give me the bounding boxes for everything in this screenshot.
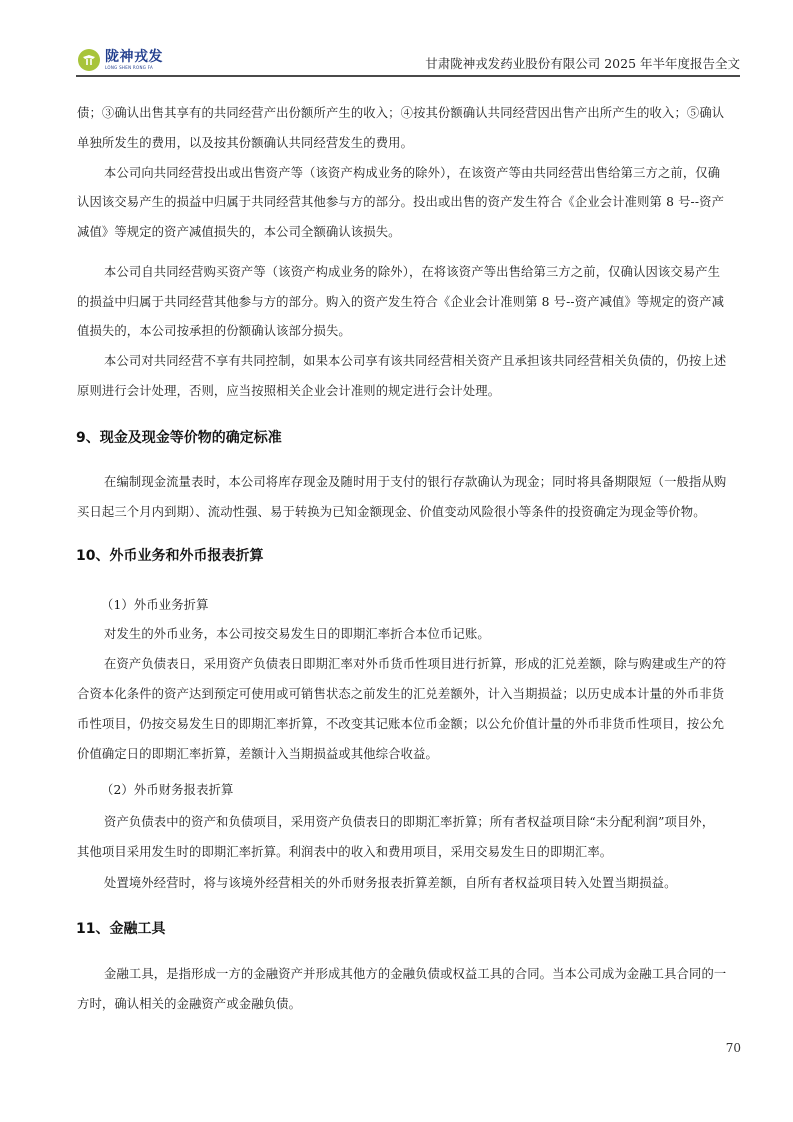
paragraph-line: 价值确定日的即期汇率折算，差额计入当期损益或其他综合收益。 [77,746,741,762]
paragraph-line: 值损失的，本公司按承担的份额确认该部分损失。 [77,323,741,339]
paragraph-line: 方时，确认相关的金融资产或金融负债。 [77,996,741,1012]
paragraph-line: 在编制现金流量表时，本公司将库存现金及随时用于支付的银行存款确认为现金；同时将具… [104,474,768,490]
paragraph-line: 债；③确认出售其享有的共同经营产出份额所产生的收入；④按其份额确认共同经营因出售… [77,105,741,121]
paragraph-line: 本公司向共同经营投出或出售资产等（该资产构成业务的除外），在该资产等由共同经营出… [104,165,768,181]
paragraph-line: 单独所发生的费用，以及按其份额确认共同经营发生的费用。 [77,135,741,151]
header-divider [76,75,740,77]
paragraph-line: 本公司对共同经营不享有共同控制，如果本公司享有该共同经营相关资产且承担该共同经营… [104,353,768,369]
paragraph-line: 的损益中归属于共同经营其他参与方的部分。购入的资产发生符合《企业会计准则第 8 … [77,294,741,310]
paragraph-line: 处置境外经营时，将与该境外经营相关的外币财务报表折算差额，自所有者权益项目转入处… [104,875,768,891]
section-heading-foreign-currency: 10、外币业务和外币报表折算 [76,547,263,565]
paragraph-line: 币性项目，仍按交易发生日的即期汇率折算，不改变其记账本位币金额；以公允价值计量的… [77,716,741,732]
company-logo-icon [78,49,100,71]
paragraph-line: 资产负债表中的资产和负债项目，采用资产负债表日的即期汇率折算；所有者权益项目除“… [104,814,768,830]
section-heading-cash-equivalents: 9、现金及现金等价物的确定标准 [76,429,282,447]
paragraph-line: 原则进行会计处理，否则，应当按照相关企业会计准则的规定进行会计处理。 [77,383,741,399]
logo-chinese-name: 陇神戎发 [105,50,163,65]
paragraph-line: 在资产负债表日，采用资产负债表日即期汇率对外币货币性项目进行折算，形成的汇兑差额… [104,656,768,672]
paragraph-line: 认因该交易产生的损益中归属于共同经营其他参与方的部分。投出或出售的资产发生符合《… [77,194,741,210]
company-logo: 陇神戎发 LONG SHEN RONG FA [78,49,163,71]
paragraph-line: 其他项目采用发生时的即期汇率折算。利润表中的收入和费用项目，采用交易发生日的即期… [77,844,741,860]
paragraph-line: 买日起三个月内到期）、流动性强、易于转换为已知金额现金、价值变动风险很小等条件的… [77,504,741,520]
logo-english-name: LONG SHEN RONG FA [105,65,163,70]
subsection-heading: （1）外币业务折算 [101,597,765,613]
paragraph-line: 减值》等规定的资产减值损失的，本公司全额确认该损失。 [77,224,741,240]
section-heading-financial-instruments: 11、金融工具 [76,920,165,938]
report-title: 甘肃陇神戎发药业股份有限公司 2025 年半年度报告全文 [425,54,740,72]
paragraph-line: 本公司自共同经营购买资产等（该资产构成业务的除外），在将该资产等出售给第三方之前… [104,264,768,280]
page-header: 陇神戎发 LONG SHEN RONG FA 甘肃陇神戎发药业股份有限公司 20… [76,46,740,76]
paragraph-line: 合资本化条件的资产达到预定可使用或可销售状态之前发生的汇兑差额外，计入当期损益；… [77,686,741,702]
subsection-heading: （2）外币财务报表折算 [101,782,765,798]
paragraph-line: 对发生的外币业务，本公司按交易发生日的即期汇率折合本位币记账。 [104,626,768,642]
paragraph-line: 金融工具，是指形成一方的金融资产并形成其他方的金融负债或权益工具的合同。当本公司… [104,966,768,982]
page-number: 70 [726,1041,741,1055]
